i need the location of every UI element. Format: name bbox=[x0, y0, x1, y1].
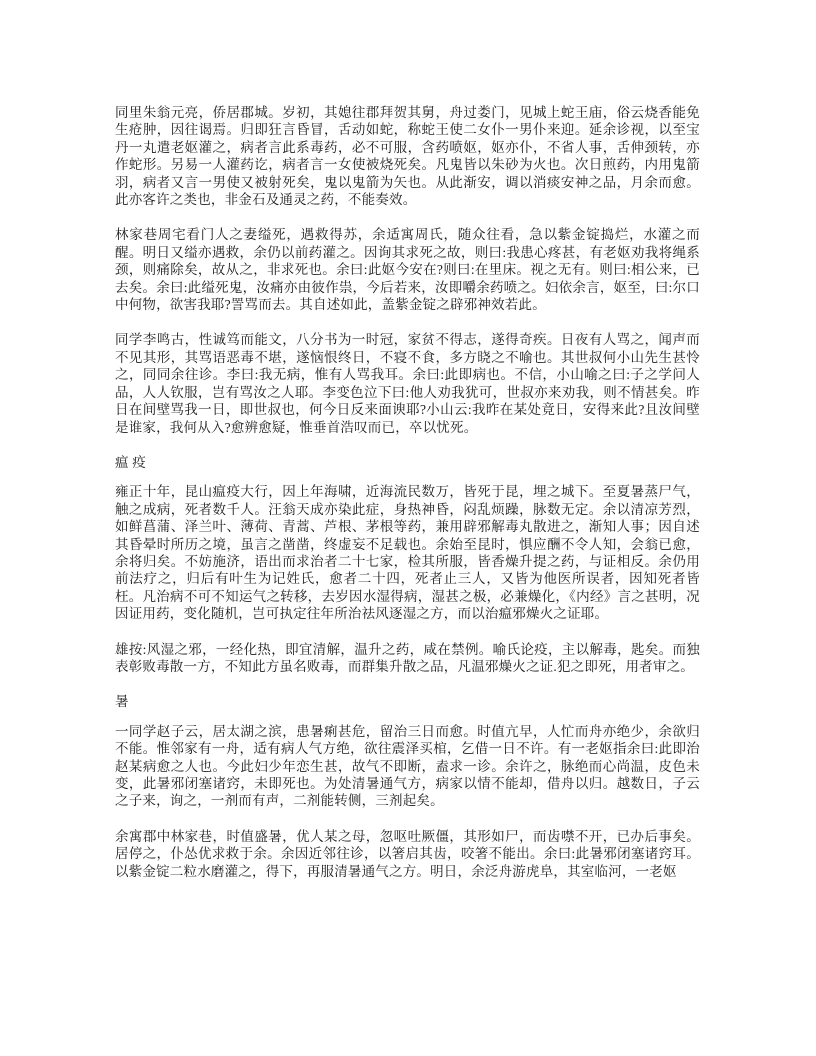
paragraph-case-snake-king: 同里朱翁元亮，侨居郡城。岁初，其媳往郡拜贺其舅，舟过娄门，见城上蛇王庙，俗云烧香… bbox=[115, 104, 700, 208]
document-page: 同里朱翁元亮，侨居郡城。岁初，其媳往郡拜贺其舅，舟过娄门，见城上蛇王庙，俗云烧香… bbox=[0, 0, 816, 1056]
paragraph-xiong-an-note: 雄按:风湿之邪，一经化热，即宜清解，温升之药，咸在禁例。喻氏论疫，主以解毒，匙矣… bbox=[115, 641, 700, 676]
paragraph-case-linjiaxiang-mother: 余寓郡中林家巷，时值盛暑，优人某之母，忽呕吐厥僵，其形如尸，而齿噤不开，已办后事… bbox=[115, 828, 700, 880]
section-heading-wenyi: 瘟 疫 bbox=[115, 454, 700, 471]
paragraph-case-hanged-wife: 林家巷周宅看门人之妻缢死，遇救得苏，余适寓周氏，随众往看，急以紫金锭捣烂，水灌之… bbox=[115, 226, 700, 313]
paragraph-case-zhao-zi-yun: 一同学赵子云，居太湖之滨，患暑痢甚危，留治三日而愈。时值亢早，人忙而舟亦绝少，余… bbox=[115, 723, 700, 810]
section-heading-shu: 暑 bbox=[115, 693, 700, 710]
paragraph-case-kunshan-plague: 雍正十年，昆山瘟疫大行，因上年海啸，近海流民数万，皆死于昆，埋之城下。至夏暑蒸尸… bbox=[115, 483, 700, 622]
paragraph-case-li-ming-gu: 同学李鸣古，性诚笃而能文，八分书为一时冠，家贫不得志，遂得奇疾。日夜有人骂之，闻… bbox=[115, 331, 700, 435]
